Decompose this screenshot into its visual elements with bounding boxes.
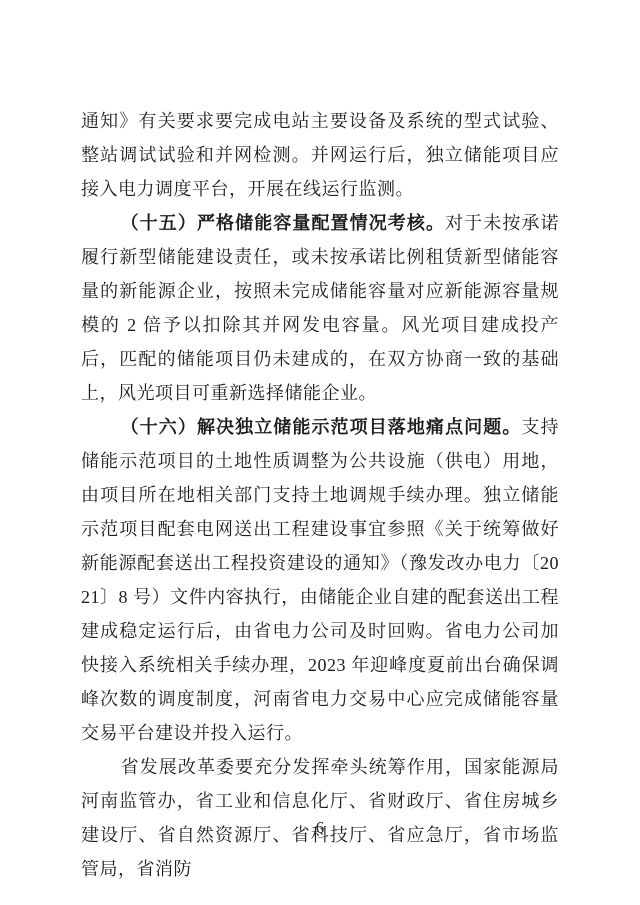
paragraph-section-16: （十六）解决独立储能示范项目落地痛点问题。支持储能示范项目的土地性质调整为公共设… [81, 410, 559, 750]
paragraph-text: 支持储能示范项目的土地性质调整为公共设施（供电）用地，由项目所在地相关部门支持土… [81, 417, 559, 743]
page-body: 通知》有关要求要完成电站主要设备及系统的型式试验、整站调试试验和并网检测。并网运… [81, 104, 559, 886]
section-16-heading: （十六）解决独立储能示范项目落地痛点问题。 [121, 417, 522, 437]
page-number: 6 [0, 816, 640, 840]
paragraph-text: 通知》有关要求要完成电站主要设备及系统的型式试验、整站调试试验和并网检测。并网运… [81, 111, 559, 199]
document-page: 通知》有关要求要完成电站主要设备及系统的型式试验、整站调试试验和并网检测。并网运… [0, 0, 640, 905]
section-15-heading: （十五）严格储能容量配置情况考核。 [121, 213, 445, 233]
paragraph-text: 对于未按承诺履行新型储能建设责任，或未按承诺比例租赁新型储能容量的新能源企业，按… [81, 213, 559, 403]
paragraph-section-15: （十五）严格储能容量配置情况考核。对于未按承诺履行新型储能建设责任，或未按承诺比… [81, 206, 559, 410]
paragraph-continuation: 通知》有关要求要完成电站主要设备及系统的型式试验、整站调试试验和并网检测。并网运… [81, 104, 559, 206]
